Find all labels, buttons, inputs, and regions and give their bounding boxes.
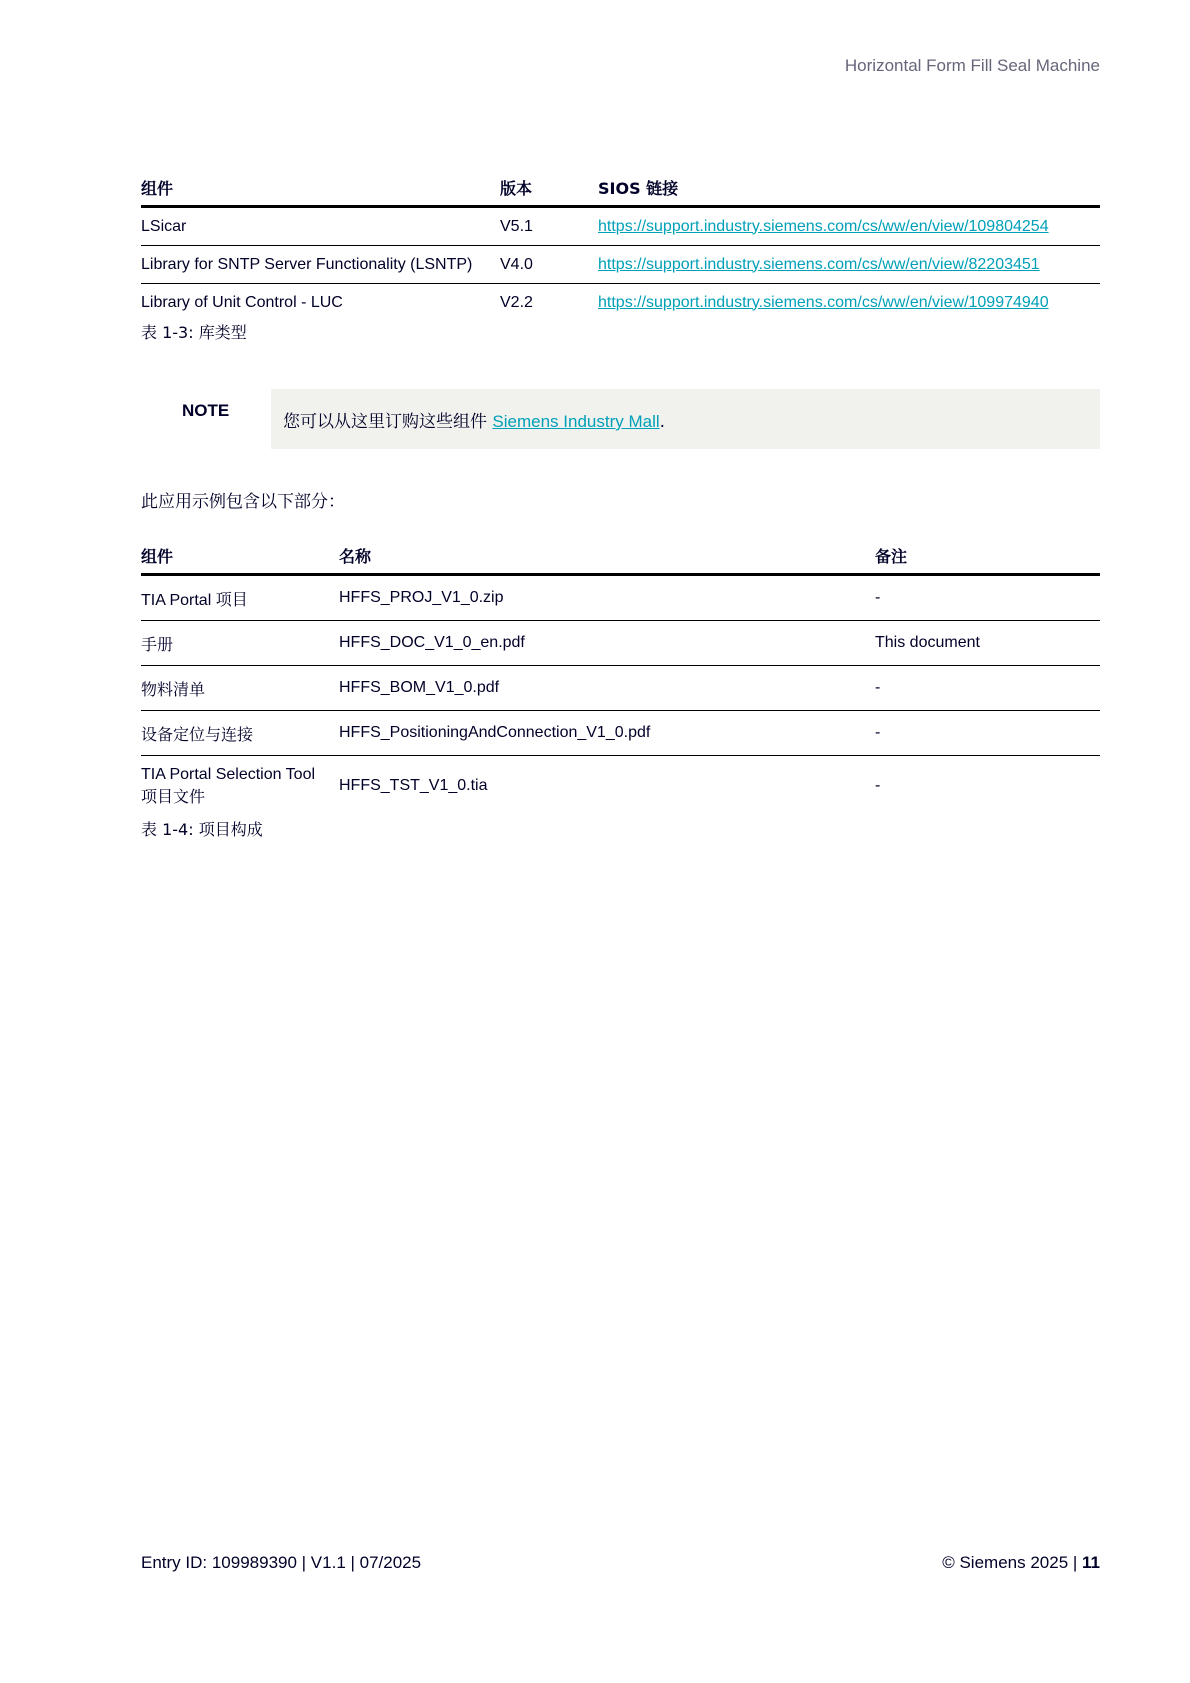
component-cell: TIA Portal 项目 <box>141 575 339 621</box>
remark-cell: This document <box>875 621 1100 666</box>
component-cell: LSicar <box>141 207 500 246</box>
column-header-component: 组件 <box>141 529 339 575</box>
name-cell: HFFS_BOM_V1_0.pdf <box>339 666 875 711</box>
project-table-header: 组件 名称 备注 <box>141 529 1100 575</box>
column-header-sios-link: SIOS 链接 <box>598 161 1100 207</box>
table-caption: 表 1-3: 库类型 <box>141 320 247 343</box>
table-row: TIA Portal 项目 HFFS_PROJ_V1_0.zip - <box>141 575 1100 621</box>
table-row: Library of Unit Control - LUC V2.2 https… <box>141 284 1100 322</box>
running-header-title: Horizontal Form Fill Seal Machine <box>845 56 1100 76</box>
sios-link[interactable]: https://support.industry.siemens.com/cs/… <box>598 256 1040 273</box>
component-cell: 手册 <box>141 621 339 666</box>
column-header-version: 版本 <box>500 161 598 207</box>
component-cell: TIA Portal Selection Tool 项目文件 <box>141 756 339 817</box>
note-text: 您可以从这里订购这些组件 Siemens Industry Mall. <box>283 407 665 432</box>
table-row: TIA Portal Selection Tool 项目文件 HFFS_TST_… <box>141 756 1100 817</box>
remark-cell: - <box>875 711 1100 756</box>
component-cell: 设备定位与连接 <box>141 711 339 756</box>
table-row: Library for SNTP Server Functionality (L… <box>141 246 1100 284</box>
component-cell-line2: 项目文件 <box>141 784 339 807</box>
note-suffix: . <box>660 412 665 432</box>
table-row: 手册 HFFS_DOC_V1_0_en.pdf This document <box>141 621 1100 666</box>
column-header-component: 组件 <box>141 161 500 207</box>
table-row: 设备定位与连接 HFFS_PositioningAndConnection_V1… <box>141 711 1100 756</box>
remark-cell: - <box>875 666 1100 711</box>
table-caption: 表 1-4: 项目构成 <box>141 817 263 840</box>
page-number: 11 <box>1082 1553 1100 1572</box>
footer-entry-id: Entry ID: 109989390 | V1.1 | 07/2025 <box>141 1553 421 1573</box>
project-table: 组件 名称 备注 TIA Portal 项目 HFFS_PROJ_V1_0.zi… <box>141 529 1100 816</box>
table-row: LSicar V5.1 https://support.industry.sie… <box>141 207 1100 246</box>
name-cell: HFFS_PROJ_V1_0.zip <box>339 575 875 621</box>
copyright-text: © Siemens 2025 | <box>942 1553 1082 1572</box>
table-row: 物料清单 HFFS_BOM_V1_0.pdf - <box>141 666 1100 711</box>
library-table-header: 组件 版本 SIOS 链接 <box>141 161 1100 207</box>
version-cell: V4.0 <box>500 246 598 284</box>
sios-link[interactable]: https://support.industry.siemens.com/cs/… <box>598 218 1049 235</box>
footer-copyright: © Siemens 2025 | 11 <box>942 1553 1100 1573</box>
name-cell: HFFS_DOC_V1_0_en.pdf <box>339 621 875 666</box>
sios-link[interactable]: https://support.industry.siemens.com/cs/… <box>598 294 1049 311</box>
component-cell: Library for SNTP Server Functionality (L… <box>141 246 500 284</box>
siemens-industry-mall-link[interactable]: Siemens Industry Mall <box>492 412 659 431</box>
version-cell: V2.2 <box>500 284 598 322</box>
name-cell: HFFS_PositioningAndConnection_V1_0.pdf <box>339 711 875 756</box>
intro-text: 此应用示例包含以下部分： <box>141 487 345 512</box>
component-cell: Library of Unit Control - LUC <box>141 284 500 322</box>
note-body: 您可以从这里订购这些组件 <box>283 412 487 432</box>
component-cell-line1: TIA Portal Selection Tool <box>141 766 339 784</box>
note-box: 您可以从这里订购这些组件 Siemens Industry Mall. <box>271 389 1100 449</box>
remark-cell: - <box>875 575 1100 621</box>
library-table: 组件 版本 SIOS 链接 LSicar V5.1 https://suppor… <box>141 161 1100 321</box>
version-cell: V5.1 <box>500 207 598 246</box>
remark-cell: - <box>875 756 1100 817</box>
note-label: NOTE <box>182 401 229 421</box>
column-header-name: 名称 <box>339 529 875 575</box>
column-header-remark: 备注 <box>875 529 1100 575</box>
name-cell: HFFS_TST_V1_0.tia <box>339 756 875 817</box>
component-cell: 物料清单 <box>141 666 339 711</box>
